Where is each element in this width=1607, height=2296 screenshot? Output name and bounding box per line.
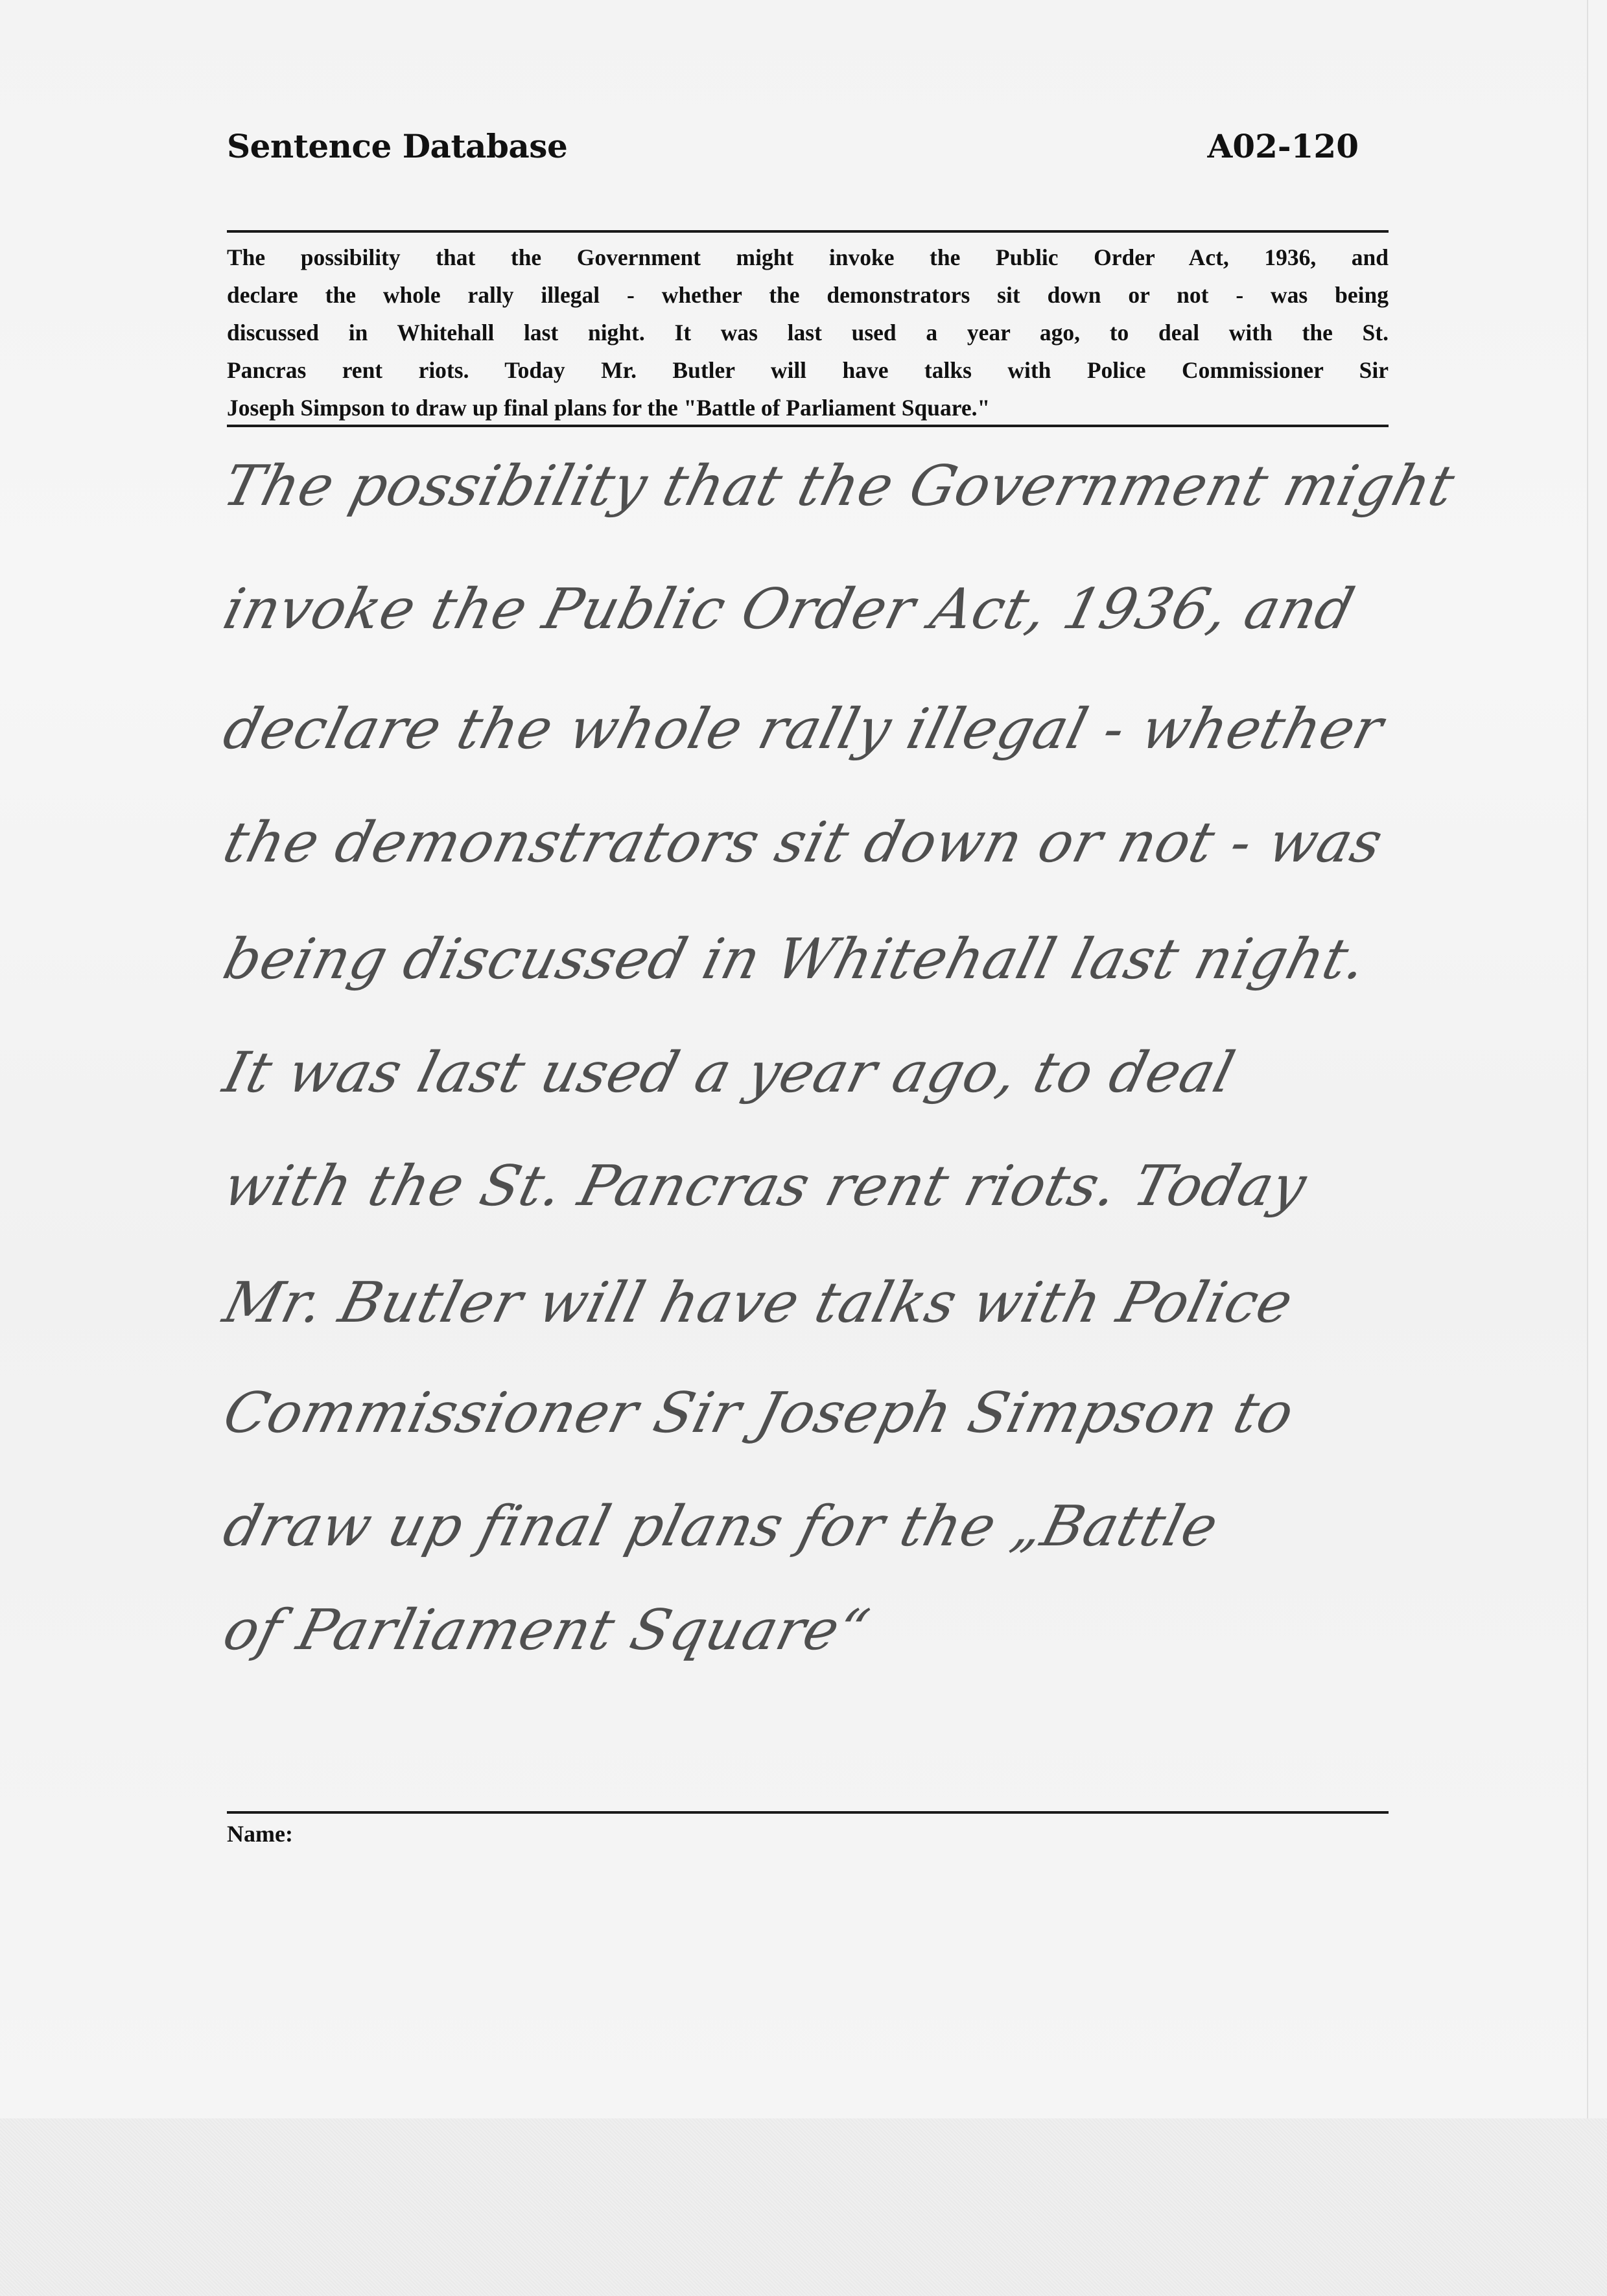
printed-line: The possibility that the Government migh… — [227, 239, 1389, 276]
handwritten-line: draw up final plans for the „Battle — [217, 1494, 1452, 1559]
transcript-divider — [227, 425, 1389, 427]
printed-line: Joseph Simpson to draw up final plans fo… — [227, 389, 1389, 427]
form-id: A02-120 — [1208, 127, 1359, 165]
printed-line: declare the whole rally illegal - whethe… — [227, 276, 1389, 314]
handwritten-line: with the St. Pancras rent riots. Today — [217, 1154, 1452, 1219]
handwritten-line: being discussed in Whitehall last night. — [217, 927, 1452, 992]
handwritten-line: Mr. Butler will have talks with Police — [217, 1271, 1452, 1335]
printed-line: discussed in Whitehall last night. It wa… — [227, 314, 1389, 351]
name-divider — [227, 1811, 1389, 1814]
printed-line: Pancras rent riots. Today Mr. Butler wil… — [227, 351, 1389, 389]
top-divider — [227, 230, 1389, 233]
printed-transcript: The possibility that the Government migh… — [227, 239, 1389, 427]
handwritten-line: Commissioner Sir Joseph Simpson to — [217, 1381, 1452, 1446]
handwritten-line: the demonstrators sit down or not - was — [217, 810, 1452, 875]
handwritten-line: The possibility that the Government migh… — [217, 454, 1452, 519]
scanner-background — [0, 2118, 1607, 2296]
name-label: Name: — [227, 1820, 293, 1847]
handwritten-line: It was last used a year ago, to deal — [217, 1040, 1452, 1105]
form-title: Sentence Database — [227, 127, 567, 165]
handwritten-line: declare the whole rally illegal - whethe… — [217, 697, 1452, 762]
handwritten-line: invoke the Public Order Act, 1936, and — [217, 577, 1452, 642]
scanned-form-page: Sentence Database A02-120 The possibilit… — [0, 0, 1588, 2120]
handwritten-line: of Parliament Square“ — [217, 1598, 1452, 1663]
